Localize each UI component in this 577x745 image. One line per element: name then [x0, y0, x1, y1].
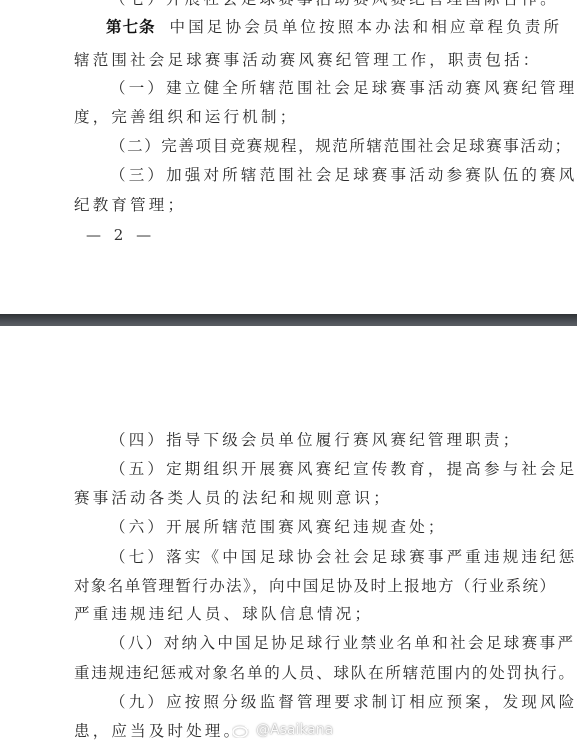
paragraph-line: 严重违规违纪人员、球队信息情况；	[74, 604, 373, 624]
paragraph-line: 患，应当及时处理。	[74, 721, 242, 741]
list-item-2: （二）完善项目竞赛规程，规范所辖范围社会足球赛事活动；	[110, 136, 572, 156]
watermark: @Asaikana	[232, 720, 333, 740]
list-item-8: （八）对纳入中国足协足球行业禁业名单和社会足球赛事严	[110, 633, 575, 653]
paragraph-line: 辖范围社会足球赛事活动赛风赛纪管理工作，职责包括：	[74, 50, 542, 70]
cut-off-line: （七）开展社会足球赛事活动赛风赛纪管理国际合作。	[110, 0, 559, 9]
paragraph-line: 对象名单管理暂行办法》，向中国足协及时上报地方（行业系统）	[74, 576, 556, 596]
list-item-1: （一）建立健全所辖范围社会足球赛事活动赛风赛纪管理制	[110, 78, 577, 98]
document-page-2: （七）开展社会足球赛事活动赛风赛纪管理国际合作。 第七条中国足协会员单位按照本办…	[0, 0, 577, 314]
article-7-first-line: 第七条中国足协会员单位按照本办法和相应章程负责所	[106, 17, 562, 37]
list-item-5: （五）定期组织开展赛风赛纪宣传教育，提高参与社会足球	[110, 459, 577, 479]
article-label: 第七条	[106, 17, 156, 36]
page-separator	[0, 314, 577, 326]
document-page-3: （四）指导下级会员单位履行赛风赛纪管理职责； （五）定期组织开展赛风赛纪宣传教育…	[0, 326, 577, 745]
list-item-6: （六）开展所辖范围赛风赛纪违规查处；	[110, 517, 447, 537]
paragraph-line: 纪教育管理；	[74, 195, 186, 215]
list-item-7: （七）落实《中国足球协会社会足球赛事严重违规违纪惩戒	[110, 547, 577, 567]
list-item-4: （四）指导下级会员单位履行赛风赛纪管理职责；	[110, 430, 521, 450]
paragraph-line: 重违规违纪惩戒对象名单的人员、球队在所辖范围内的处罚执行。	[74, 663, 576, 683]
list-item-3: （三）加强对所辖范围社会足球赛事活动参赛队伍的赛风赛	[110, 165, 577, 185]
article-text: 中国足协会员单位按照本办法和相应章程负责所	[170, 18, 563, 36]
list-item-9: （九）应按照分级监督管理要求制订相应预案，发现风险隐	[110, 692, 577, 712]
watermark-text: @Asaikana	[256, 722, 333, 738]
weibo-icon	[232, 722, 252, 738]
page-number: — 2 —	[86, 226, 155, 244]
paragraph-line: 度，完善组织和运行机制；	[74, 107, 298, 127]
paragraph-line: 赛事活动各类人员的法纪和规则意识；	[74, 488, 392, 508]
